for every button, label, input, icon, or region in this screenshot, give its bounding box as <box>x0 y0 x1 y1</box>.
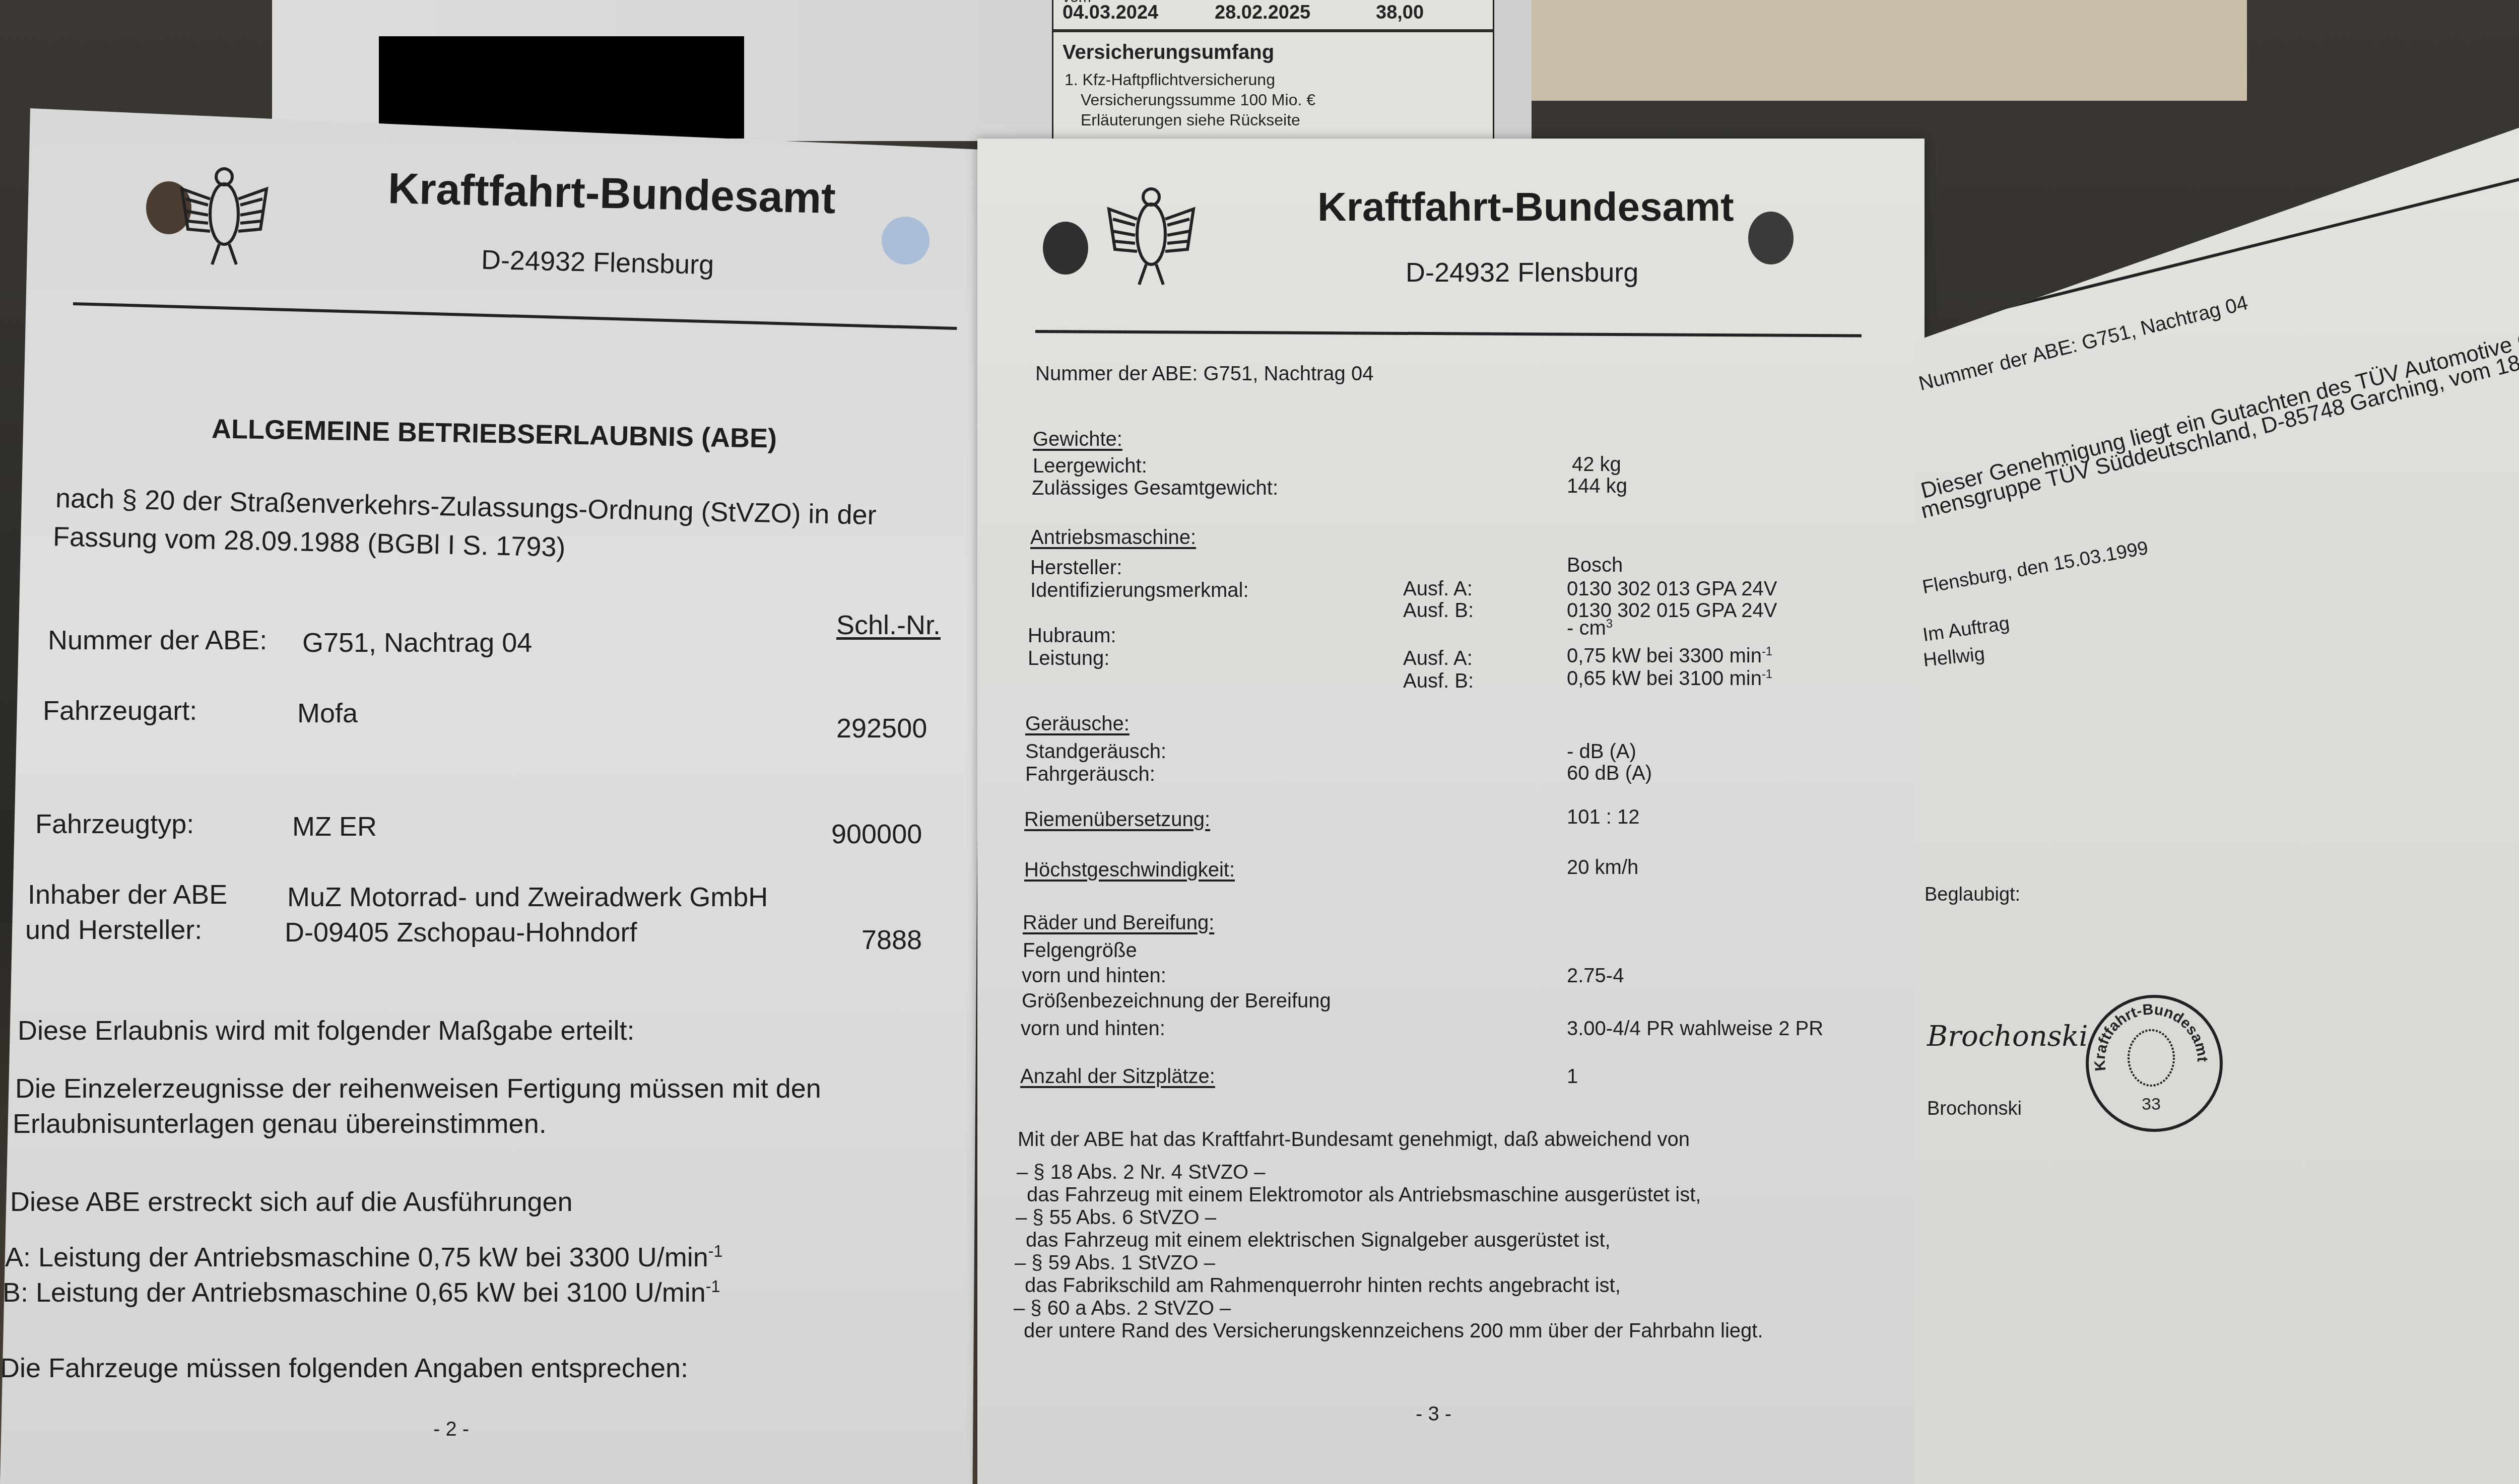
spec-value: 42 kg <box>1572 453 1621 476</box>
certified-label: Beglaubigt: <box>1925 884 2020 906</box>
spec-value: 0,65 kW bei 3100 min-1 <box>1567 667 1772 690</box>
manufacturer-address: D-09405 Zschopau-Hohndorf <box>285 917 637 948</box>
premium-amount: 38,00 <box>1376 2 1424 24</box>
exemption-text: der untere Rand des Versicherungskennzei… <box>1024 1320 1763 1342</box>
coverage-line: 1. Kfz-Haftpflichtversicherung <box>1065 71 1275 89</box>
spec-value: - cm3 <box>1567 617 1613 640</box>
exemption-rule: – § 55 Abs. 6 StVZO – <box>1016 1206 1216 1229</box>
page-number: - 2 - <box>433 1418 469 1441</box>
signer-name: Brochonski <box>1927 1098 2022 1120</box>
federal-eagle-icon <box>174 159 275 269</box>
spec-label: Identifizierungsmerkmal: <box>1030 579 1249 602</box>
date-from: 04.03.2024 <box>1063 2 1158 24</box>
field-label: und Hersteller: <box>25 914 202 946</box>
legal-basis: Fassung vom 28.09.1988 (BGBl I S. 1793) <box>52 521 566 563</box>
variant-label: Ausf. B: <box>1403 599 1474 622</box>
spec-label: Zulässiges Gesamtgewicht: <box>1032 477 1278 500</box>
variant-label: Ausf. B: <box>1403 670 1474 693</box>
spec-label: Felgengröße <box>1023 939 1137 962</box>
punch-hole <box>1748 212 1794 264</box>
punch-hole <box>2035 106 2073 161</box>
condition-intro: Diese Erlaubnis wird mit folgender Maßga… <box>18 1015 635 1046</box>
exemption-text: das Fabrikschild am Rahmenquerrohr hinte… <box>1025 1274 1621 1297</box>
svg-text:Kraftfahrt-Bundesamt: Kraftfahrt-Bundesamt <box>2091 1001 2211 1071</box>
spec-value: Bosch <box>1567 554 1623 577</box>
header-rule <box>1035 330 1862 338</box>
report-text: Dieser Genehmigung liegt ein Gutachten d… <box>1918 299 2519 504</box>
signature: Brochonski <box>1927 1020 2088 1053</box>
header-rule <box>1919 89 2519 330</box>
vehicle-class: Mofa <box>297 698 358 729</box>
coverage-line: Erläuterungen siehe Rückseite <box>1081 111 1300 129</box>
background-surface <box>1491 0 2247 101</box>
on-behalf-label: Im Auftrag <box>1921 613 2011 646</box>
spec-value: 101 : 12 <box>1567 806 1640 829</box>
exemption-text: das Fahrzeug mit einem elektrischen Sign… <box>1026 1229 1611 1252</box>
variant-label: Ausf. A: <box>1403 578 1473 600</box>
spec-label: Hubraum: <box>1028 625 1116 647</box>
coverage-line: Versicherungssumme 100 Mio. € <box>1081 91 1315 109</box>
exemption-rule: – § 59 Abs. 1 StVZO – <box>1015 1252 1215 1274</box>
spec-value: 0130 302 013 GPA 24V <box>1567 578 1777 600</box>
date-to: 28.02.2025 <box>1215 2 1310 24</box>
exemption-rule: – § 18 Abs. 2 Nr. 4 StVZO – <box>1017 1161 1266 1184</box>
key-number: 900000 <box>831 819 922 850</box>
redaction-block <box>379 36 744 139</box>
section-heading: Räder und Bereifung: <box>1023 912 1214 934</box>
header-rule <box>73 302 957 330</box>
spec-value: 144 kg <box>1567 475 1627 498</box>
spec-label: vorn und hinten: <box>1022 965 1166 987</box>
insurance-slip: vom 04.03.2024 28.02.2025 38,00 Versiche… <box>1052 0 1494 151</box>
agency-name: Kraftfahrt-Bundesamt <box>387 164 836 224</box>
spec-label: vorn und hinten: <box>1021 1018 1165 1040</box>
key-number-header: Schl.-Nr. <box>836 610 941 641</box>
document-title: ALLGEMEINE BETRIEBSERLAUBNIS (ABE) <box>212 413 777 454</box>
variants-intro: Diese ABE erstreckt sich auf die Ausführ… <box>10 1186 573 1218</box>
section-heading: Anzahl der Sitzplätze: <box>1020 1065 1215 1088</box>
exemptions-intro: Mit der ABE hat das Kraftfahrt-Bundesamt… <box>1018 1128 1690 1151</box>
spec-label: Standgeräusch: <box>1025 740 1166 763</box>
document-page-3: Kraftfahrt-Bundesamt D-24932 Flensburg N… <box>977 139 1925 1484</box>
spec-label: Fahrgeräusch: <box>1025 763 1155 786</box>
section-heading: Riemenübersetzung: <box>1024 808 1210 831</box>
spec-label: Hersteller: <box>1030 557 1122 579</box>
closing-text: Die Fahrzeuge müssen folgenden Angaben e… <box>0 1353 688 1384</box>
agency-address: D-24932 Flensburg <box>481 244 714 281</box>
variant-a: A: Leistung der Antriebsmaschine 0,75 kW… <box>5 1242 723 1273</box>
agency-address: D-24932 Flensburg <box>2307 73 2519 160</box>
spec-value: 0,75 kW bei 3300 min-1 <box>1567 645 1772 667</box>
svg-text:33: 33 <box>2142 1095 2161 1114</box>
place-date: Flensburg, den 15.03.1999 <box>1921 537 2150 598</box>
spec-value: 2.75-4 <box>1567 965 1624 987</box>
spec-value: 20 km/h <box>1567 856 1638 879</box>
agency-name: Kraftfahrt-Bundesamt <box>1317 184 1734 230</box>
variant-b: B: Leistung der Antriebsmaschine 0,65 kW… <box>3 1277 720 1308</box>
insurance-period-row: vom 04.03.2024 28.02.2025 38,00 <box>1053 0 1493 32</box>
spec-value: - dB (A) <box>1567 740 1636 763</box>
official-stamp: Kraftfahrt-Bundesamt 33 <box>2086 995 2223 1132</box>
coverage-heading: Versicherungsumfang <box>1063 41 1274 64</box>
exemption-text: das Fahrzeug mit einem Elektromotor als … <box>1027 1184 1701 1206</box>
official-name: Hellwig <box>1923 643 1986 671</box>
spec-label: Leergewicht: <box>1033 455 1147 478</box>
stamp-eagle-icon: Kraftfahrt-Bundesamt 33 <box>2086 995 2217 1126</box>
spec-label: Leistung: <box>1028 647 1109 670</box>
spec-value: 1 <box>1567 1065 1578 1088</box>
spec-label: Größenbezeichnung der Bereifung <box>1022 990 1331 1013</box>
vehicle-type: MZ ER <box>292 811 377 842</box>
abe-number: G751, Nachtrag 04 <box>302 627 532 658</box>
document-page-2: Kraftfahrt-Bundesamt D-24932 Flensburg A… <box>0 108 982 1484</box>
field-label: Inhaber der ABE <box>28 879 227 910</box>
document-page-4: Kraftfahrt-Bundesamt D-24932 Flensburg N… <box>1914 0 2519 1484</box>
agency-address: D-24932 Flensburg <box>1406 257 1638 288</box>
condition-text: Die Einzelerzeugnisse der reihenweisen F… <box>15 1073 821 1104</box>
variant-label: Ausf. A: <box>1403 647 1473 670</box>
spec-value: 60 dB (A) <box>1567 762 1652 785</box>
punch-hole <box>882 217 930 264</box>
field-label: Fahrzeugtyp: <box>35 808 194 840</box>
section-heading: Gewichte: <box>1033 428 1122 451</box>
field-label: Fahrzeugart: <box>43 695 197 726</box>
section-heading: Geräusche: <box>1025 713 1130 735</box>
federal-eagle-icon <box>1101 179 1202 290</box>
punch-hole <box>1043 222 1088 275</box>
key-number: 292500 <box>836 713 927 744</box>
page-number: - 3 - <box>1416 1403 1451 1426</box>
condition-text: Erlaubnisunterlagen genau übereinstimmen… <box>13 1108 547 1139</box>
abe-number: Nummer der ABE: G751, Nachtrag 04 <box>1916 292 2250 395</box>
spec-value: 3.00-4/4 PR wahlweise 2 PR <box>1567 1018 1823 1040</box>
manufacturer-name: MuZ Motorrad- und Zweiradwerk GmbH <box>287 882 768 913</box>
abe-number: Nummer der ABE: G751, Nachtrag 04 <box>1035 363 1373 385</box>
key-number: 7888 <box>861 924 922 956</box>
section-heading: Höchstgeschwindigkeit: <box>1024 859 1235 882</box>
exemption-rule: – § 60 a Abs. 2 StVZO – <box>1014 1297 1231 1320</box>
field-label: Nummer der ABE: <box>48 625 267 656</box>
section-heading: Antriebsmaschine: <box>1030 526 1196 549</box>
